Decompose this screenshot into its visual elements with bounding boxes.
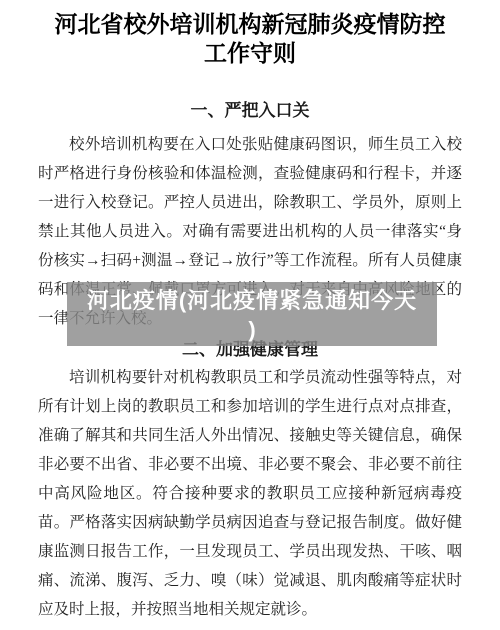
section-heading-entrance-control: 一、严把入口关: [38, 100, 462, 122]
watermark-overlay: 河北疫情(河北疫情紧急通知今天 ): [67, 282, 437, 346]
watermark-text-line2: ): [67, 316, 437, 343]
section-paragraph-health-management: 培训机构要针对机构教职员工和学员流动性强等特点，对所有计划上岗的教职员工和参加培…: [38, 363, 462, 624]
document-title-line1: 河北省校外培训机构新冠肺炎疫情防控: [55, 12, 446, 37]
document-page: 河北省校外培训机构新冠肺炎疫情防控 工作守则 一、严把入口关 校外培训机构要在入…: [0, 0, 500, 630]
document-title: 河北省校外培训机构新冠肺炎疫情防控 工作守则: [28, 10, 472, 68]
document-title-line2: 工作守则: [204, 41, 296, 66]
watermark-text-line1: 河北疫情(河北疫情紧急通知今天: [67, 285, 437, 316]
